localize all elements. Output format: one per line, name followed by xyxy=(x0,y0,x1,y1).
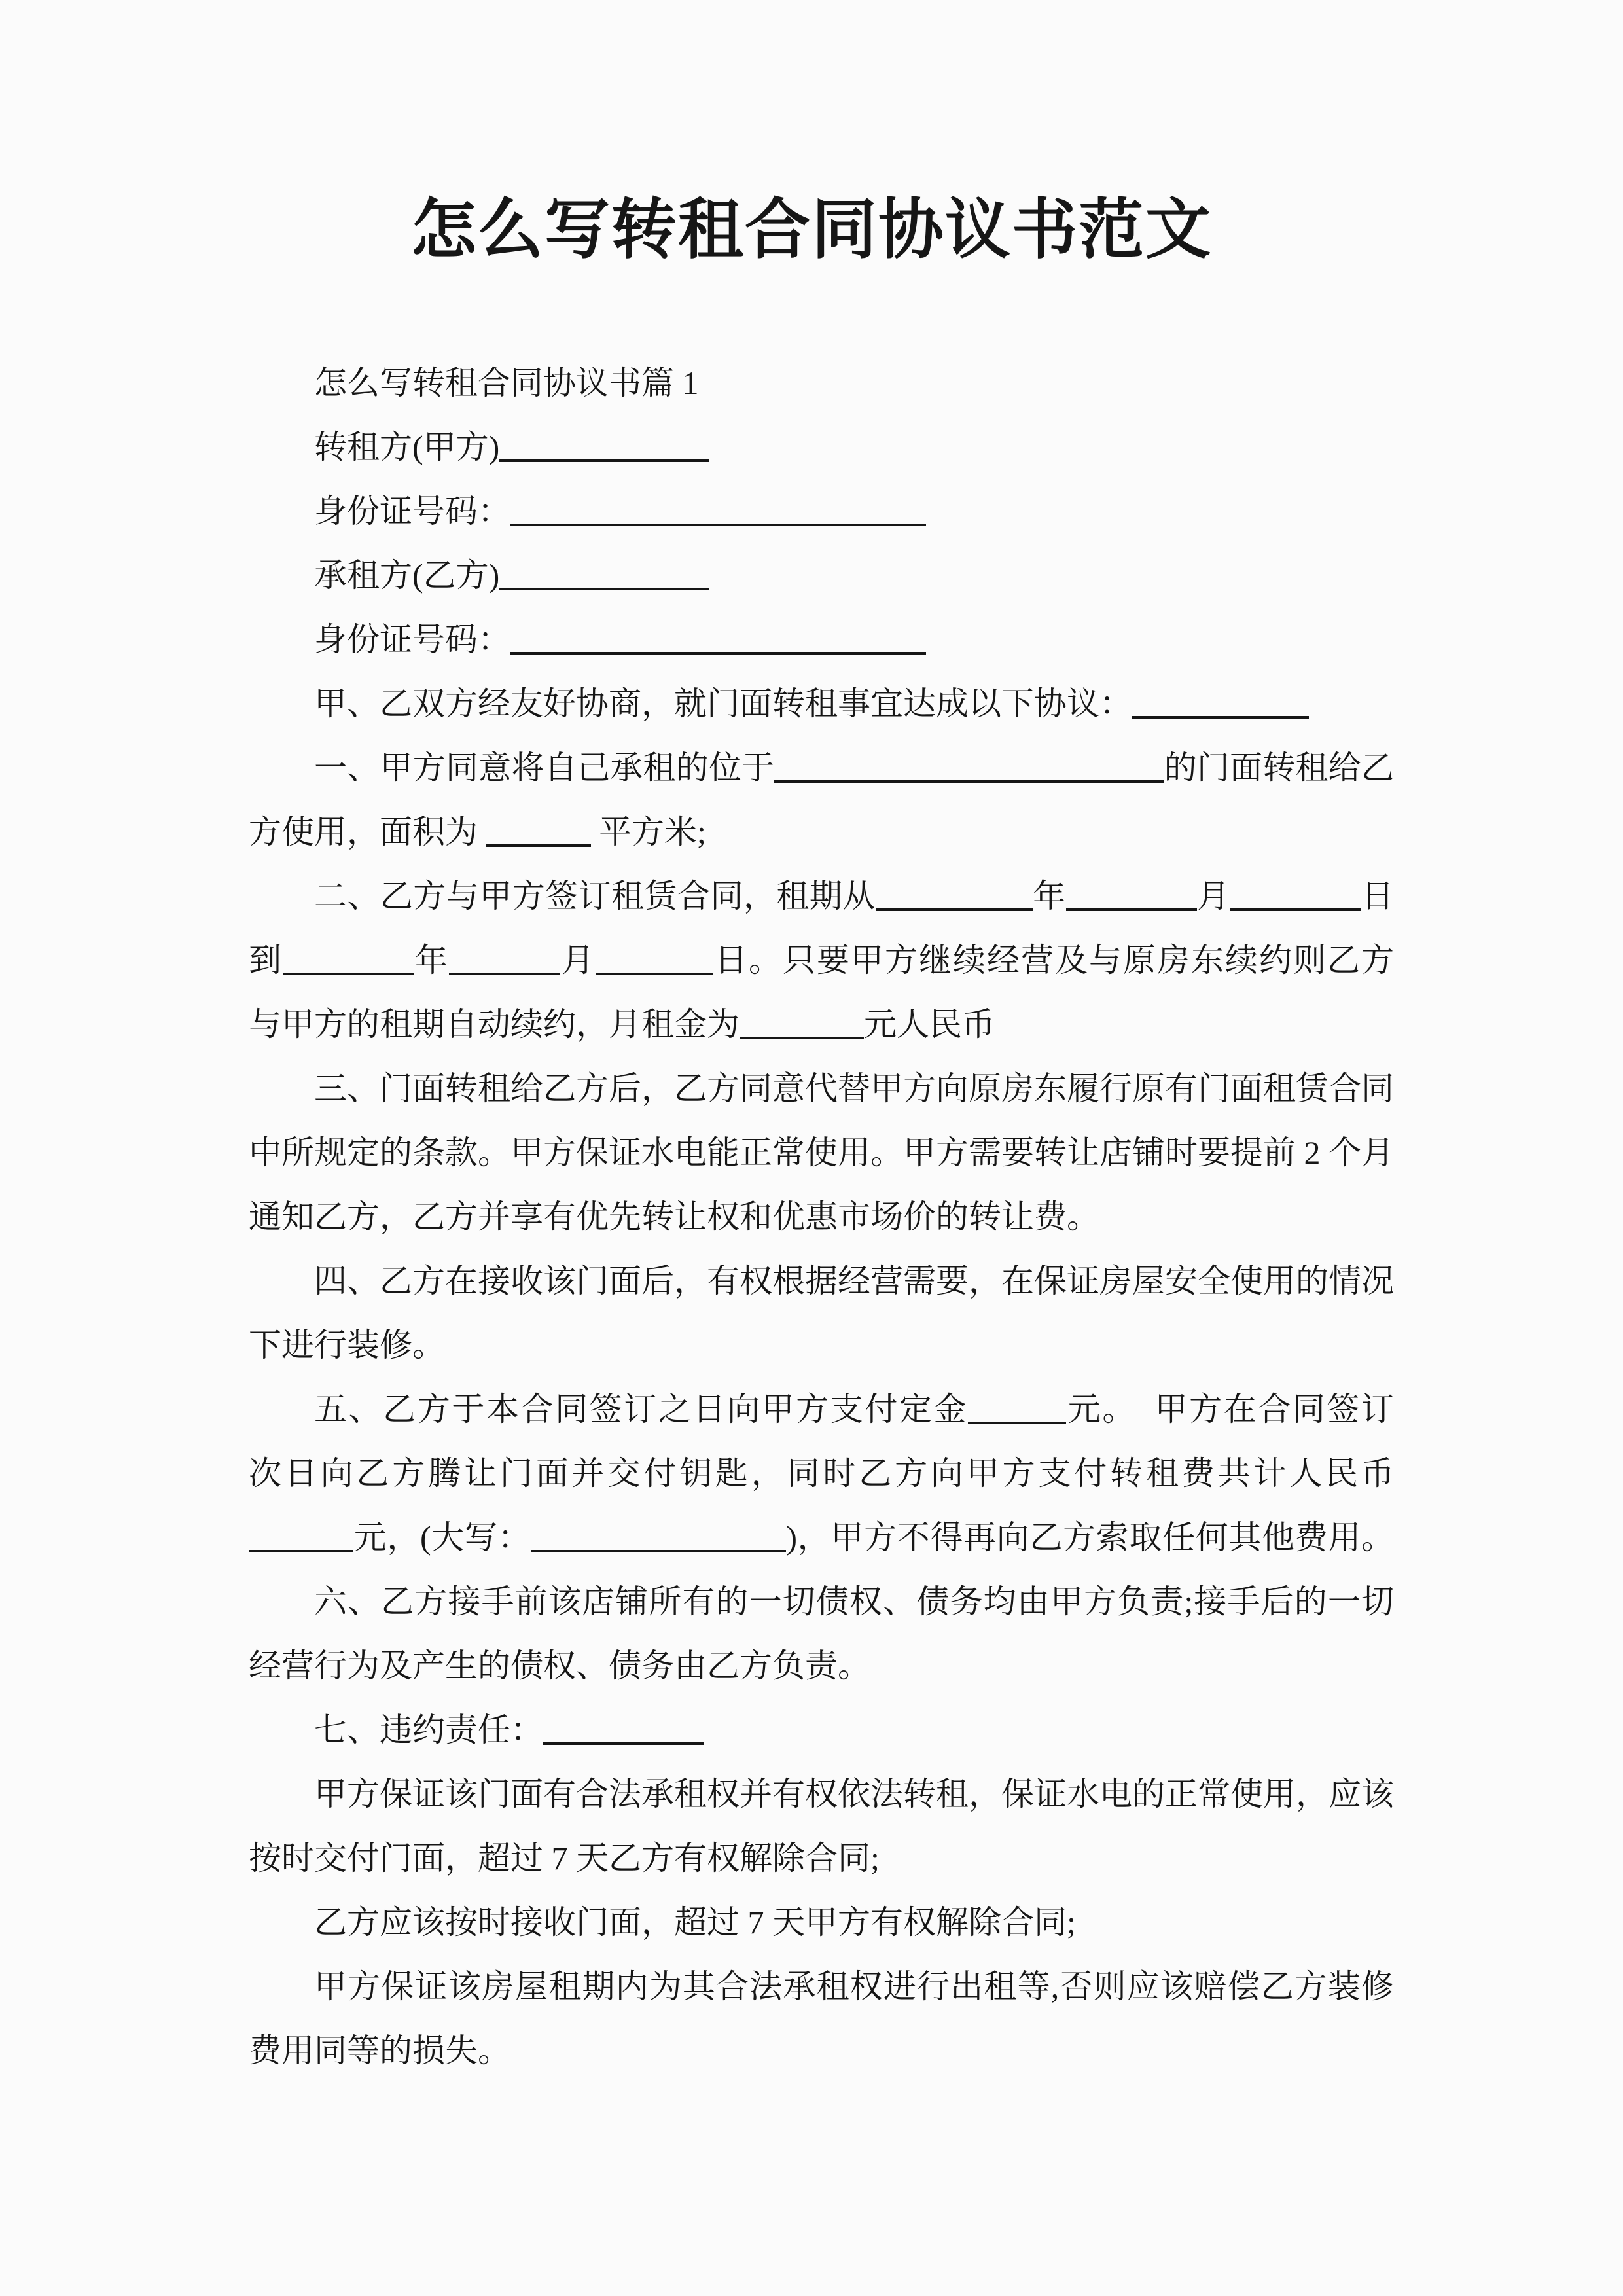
line-text: 日 xyxy=(1361,878,1394,914)
text-line: 甲方保证该门面有合法承租权并有权依法转租，保证水电的正常使用，应该 xyxy=(249,1762,1394,1826)
line-text: 一、甲方同意将自己承租的位于 xyxy=(314,749,774,786)
fill-in-blank-underline xyxy=(968,1418,1066,1424)
line-text: 平方米; xyxy=(591,814,706,850)
line-text: 年 xyxy=(414,942,449,978)
line-text: 到 xyxy=(249,942,283,978)
text-line: 到年月日。只要甲方继续经营及与原房东续约则乙方 xyxy=(249,928,1394,992)
fill-in-blank-underline xyxy=(499,584,709,590)
text-line: 七、违约责任： xyxy=(249,1698,1394,1762)
line-text: 承租方(乙方) xyxy=(314,557,499,594)
line-text: 怎么写转租合同协议书篇 1 xyxy=(314,365,699,401)
line-text: 经营行为及产生的债权、债务由乙方负责。 xyxy=(249,1647,870,1684)
fill-in-blank-underline xyxy=(449,969,560,975)
line-text: 身份证号码： xyxy=(314,621,510,658)
line-text: 元，(大写： xyxy=(353,1519,531,1556)
text-line: 五、乙方于本合同签订之日向甲方支付定金元。 甲方在合同签订 xyxy=(249,1377,1394,1441)
fill-in-blank-underline xyxy=(510,648,926,655)
text-line: 费用同等的损失。 xyxy=(249,2018,1394,2083)
text-line: 六、乙方接手前该店铺所有的一切债权、债务均由甲方负责;接手后的一切 xyxy=(249,1570,1394,1634)
line-text: 元人民币 xyxy=(864,1006,995,1043)
line-text: 甲、乙双方经友好协商，就门面转租事宜达成以下协议： xyxy=(314,685,1132,722)
text-line: 二、乙方与甲方签订租赁合同，租期从年月日 xyxy=(249,864,1394,928)
line-text: 七、违约责任： xyxy=(314,1712,543,1748)
line-text: 按时交付门面，超过 7 天乙方有权解除合同; xyxy=(249,1840,880,1876)
text-line: 怎么写转租合同协议书篇 1 xyxy=(249,351,1394,415)
line-text: 月 xyxy=(1197,878,1230,914)
line-text: 甲方保证该门面有合法承租权并有权依法转租，保证水电的正常使用，应该 xyxy=(314,1776,1394,1812)
line-text: 日。只要甲方继续经营及与原房东续约则乙方 xyxy=(713,942,1394,978)
line-text: 元。 甲方在合同签订 xyxy=(1066,1391,1394,1427)
line-text: 下进行装修。 xyxy=(249,1327,445,1363)
text-line: 与甲方的租期自动续约，月租金为元人民币 xyxy=(249,992,1394,1056)
line-text: 三、门面转租给乙方后，乙方同意代替甲方向原房东履行原有门面租赁合同 xyxy=(314,1070,1394,1107)
line-text: 年 xyxy=(1033,878,1066,914)
line-text: 中所规定的条款。甲方保证水电能正常使用。甲方需要转让店铺时要提前 2 个月 xyxy=(249,1134,1394,1171)
fill-in-blank-underline xyxy=(1230,905,1361,911)
line-text: 次日向乙方腾让门面并交付钥匙，同时乙方向甲方支付转租费共计人民币 xyxy=(249,1455,1394,1492)
text-line: 乙方应该按时接收门面，超过 7 天甲方有权解除合同; xyxy=(249,1890,1394,1954)
text-line: 下进行装修。 xyxy=(249,1313,1394,1377)
fill-in-blank-underline xyxy=(774,776,1164,783)
text-line: 三、门面转租给乙方后，乙方同意代替甲方向原房东履行原有门面租赁合同 xyxy=(249,1056,1394,1121)
fill-in-blank-underline xyxy=(283,969,414,975)
page-title: 怎么写转租合同协议书范文 xyxy=(0,191,1623,270)
fill-in-blank-underline xyxy=(740,1033,864,1039)
line-text: 通知乙方，乙方并享有优先转让权和优惠市场价的转让费。 xyxy=(249,1198,1099,1235)
fill-in-blank-underline xyxy=(499,456,709,462)
text-line: 次日向乙方腾让门面并交付钥匙，同时乙方向甲方支付转租费共计人民币 xyxy=(249,1441,1394,1505)
line-text: 身份证号码： xyxy=(314,493,510,529)
line-text: 的门面转租给乙 xyxy=(1164,749,1394,786)
text-line: 方使用，面积为 平方米; xyxy=(249,800,1394,864)
line-text: 转租方(甲方) xyxy=(314,429,499,465)
text-line: 承租方(乙方) xyxy=(249,543,1394,607)
line-text: )，甲方不得再向乙方索取任何其他费用。 xyxy=(786,1519,1394,1556)
document-page: 怎么写转租合同协议书范文 怎么写转租合同协议书篇 1转租方(甲方)身份证号码：承… xyxy=(0,0,1623,2296)
text-line: 转租方(甲方) xyxy=(249,415,1394,479)
fill-in-blank-underline xyxy=(486,840,591,847)
line-text: 费用同等的损失。 xyxy=(249,2032,510,2069)
fill-in-blank-underline xyxy=(531,1546,786,1552)
text-line: 甲、乙双方经友好协商，就门面转租事宜达成以下协议： xyxy=(249,672,1394,736)
text-line: 四、乙方在接收该门面后，有权根据经营需要，在保证房屋安全使用的情况 xyxy=(249,1249,1394,1313)
text-line: 通知乙方，乙方并享有优先转让权和优惠市场价的转让费。 xyxy=(249,1185,1394,1249)
line-text: 方使用，面积为 xyxy=(249,814,486,850)
text-line: 身份证号码： xyxy=(249,607,1394,672)
text-line: 经营行为及产生的债权、债务由乙方负责。 xyxy=(249,1634,1394,1698)
fill-in-blank-underline xyxy=(1132,712,1309,719)
text-line: 甲方保证该房屋租期内为其合法承租权进行出租等,否则应该赔偿乙方装修 xyxy=(249,1954,1394,2018)
fill-in-blank-underline xyxy=(876,905,1033,911)
text-line: 元，(大写：)，甲方不得再向乙方索取任何其他费用。 xyxy=(249,1505,1394,1570)
line-text: 二、乙方与甲方签订租赁合同，租期从 xyxy=(314,878,876,914)
text-line: 中所规定的条款。甲方保证水电能正常使用。甲方需要转让店铺时要提前 2 个月 xyxy=(249,1121,1394,1185)
line-text: 甲方保证该房屋租期内为其合法承租权进行出租等,否则应该赔偿乙方装修 xyxy=(314,1968,1394,2005)
line-text: 乙方应该按时接收门面，超过 7 天甲方有权解除合同; xyxy=(314,1904,1076,1941)
line-text: 四、乙方在接收该门面后，有权根据经营需要，在保证房屋安全使用的情况 xyxy=(314,1263,1394,1299)
line-text: 月 xyxy=(560,942,596,978)
fill-in-blank-underline xyxy=(543,1738,704,1745)
fill-in-blank-underline xyxy=(249,1546,353,1552)
document-body: 怎么写转租合同协议书篇 1转租方(甲方)身份证号码：承租方(乙方)身份证号码：甲… xyxy=(249,351,1394,2083)
text-line: 按时交付门面，超过 7 天乙方有权解除合同; xyxy=(249,1826,1394,1890)
fill-in-blank-underline xyxy=(510,520,926,526)
text-line: 身份证号码： xyxy=(249,479,1394,543)
line-text: 五、乙方于本合同签订之日向甲方支付定金 xyxy=(314,1391,968,1427)
text-line: 一、甲方同意将自己承租的位于的门面转租给乙 xyxy=(249,736,1394,800)
line-text: 与甲方的租期自动续约，月租金为 xyxy=(249,1006,740,1043)
line-text: 六、乙方接手前该店铺所有的一切债权、债务均由甲方负责;接手后的一切 xyxy=(314,1583,1394,1620)
fill-in-blank-underline xyxy=(1066,905,1197,911)
fill-in-blank-underline xyxy=(596,969,713,975)
